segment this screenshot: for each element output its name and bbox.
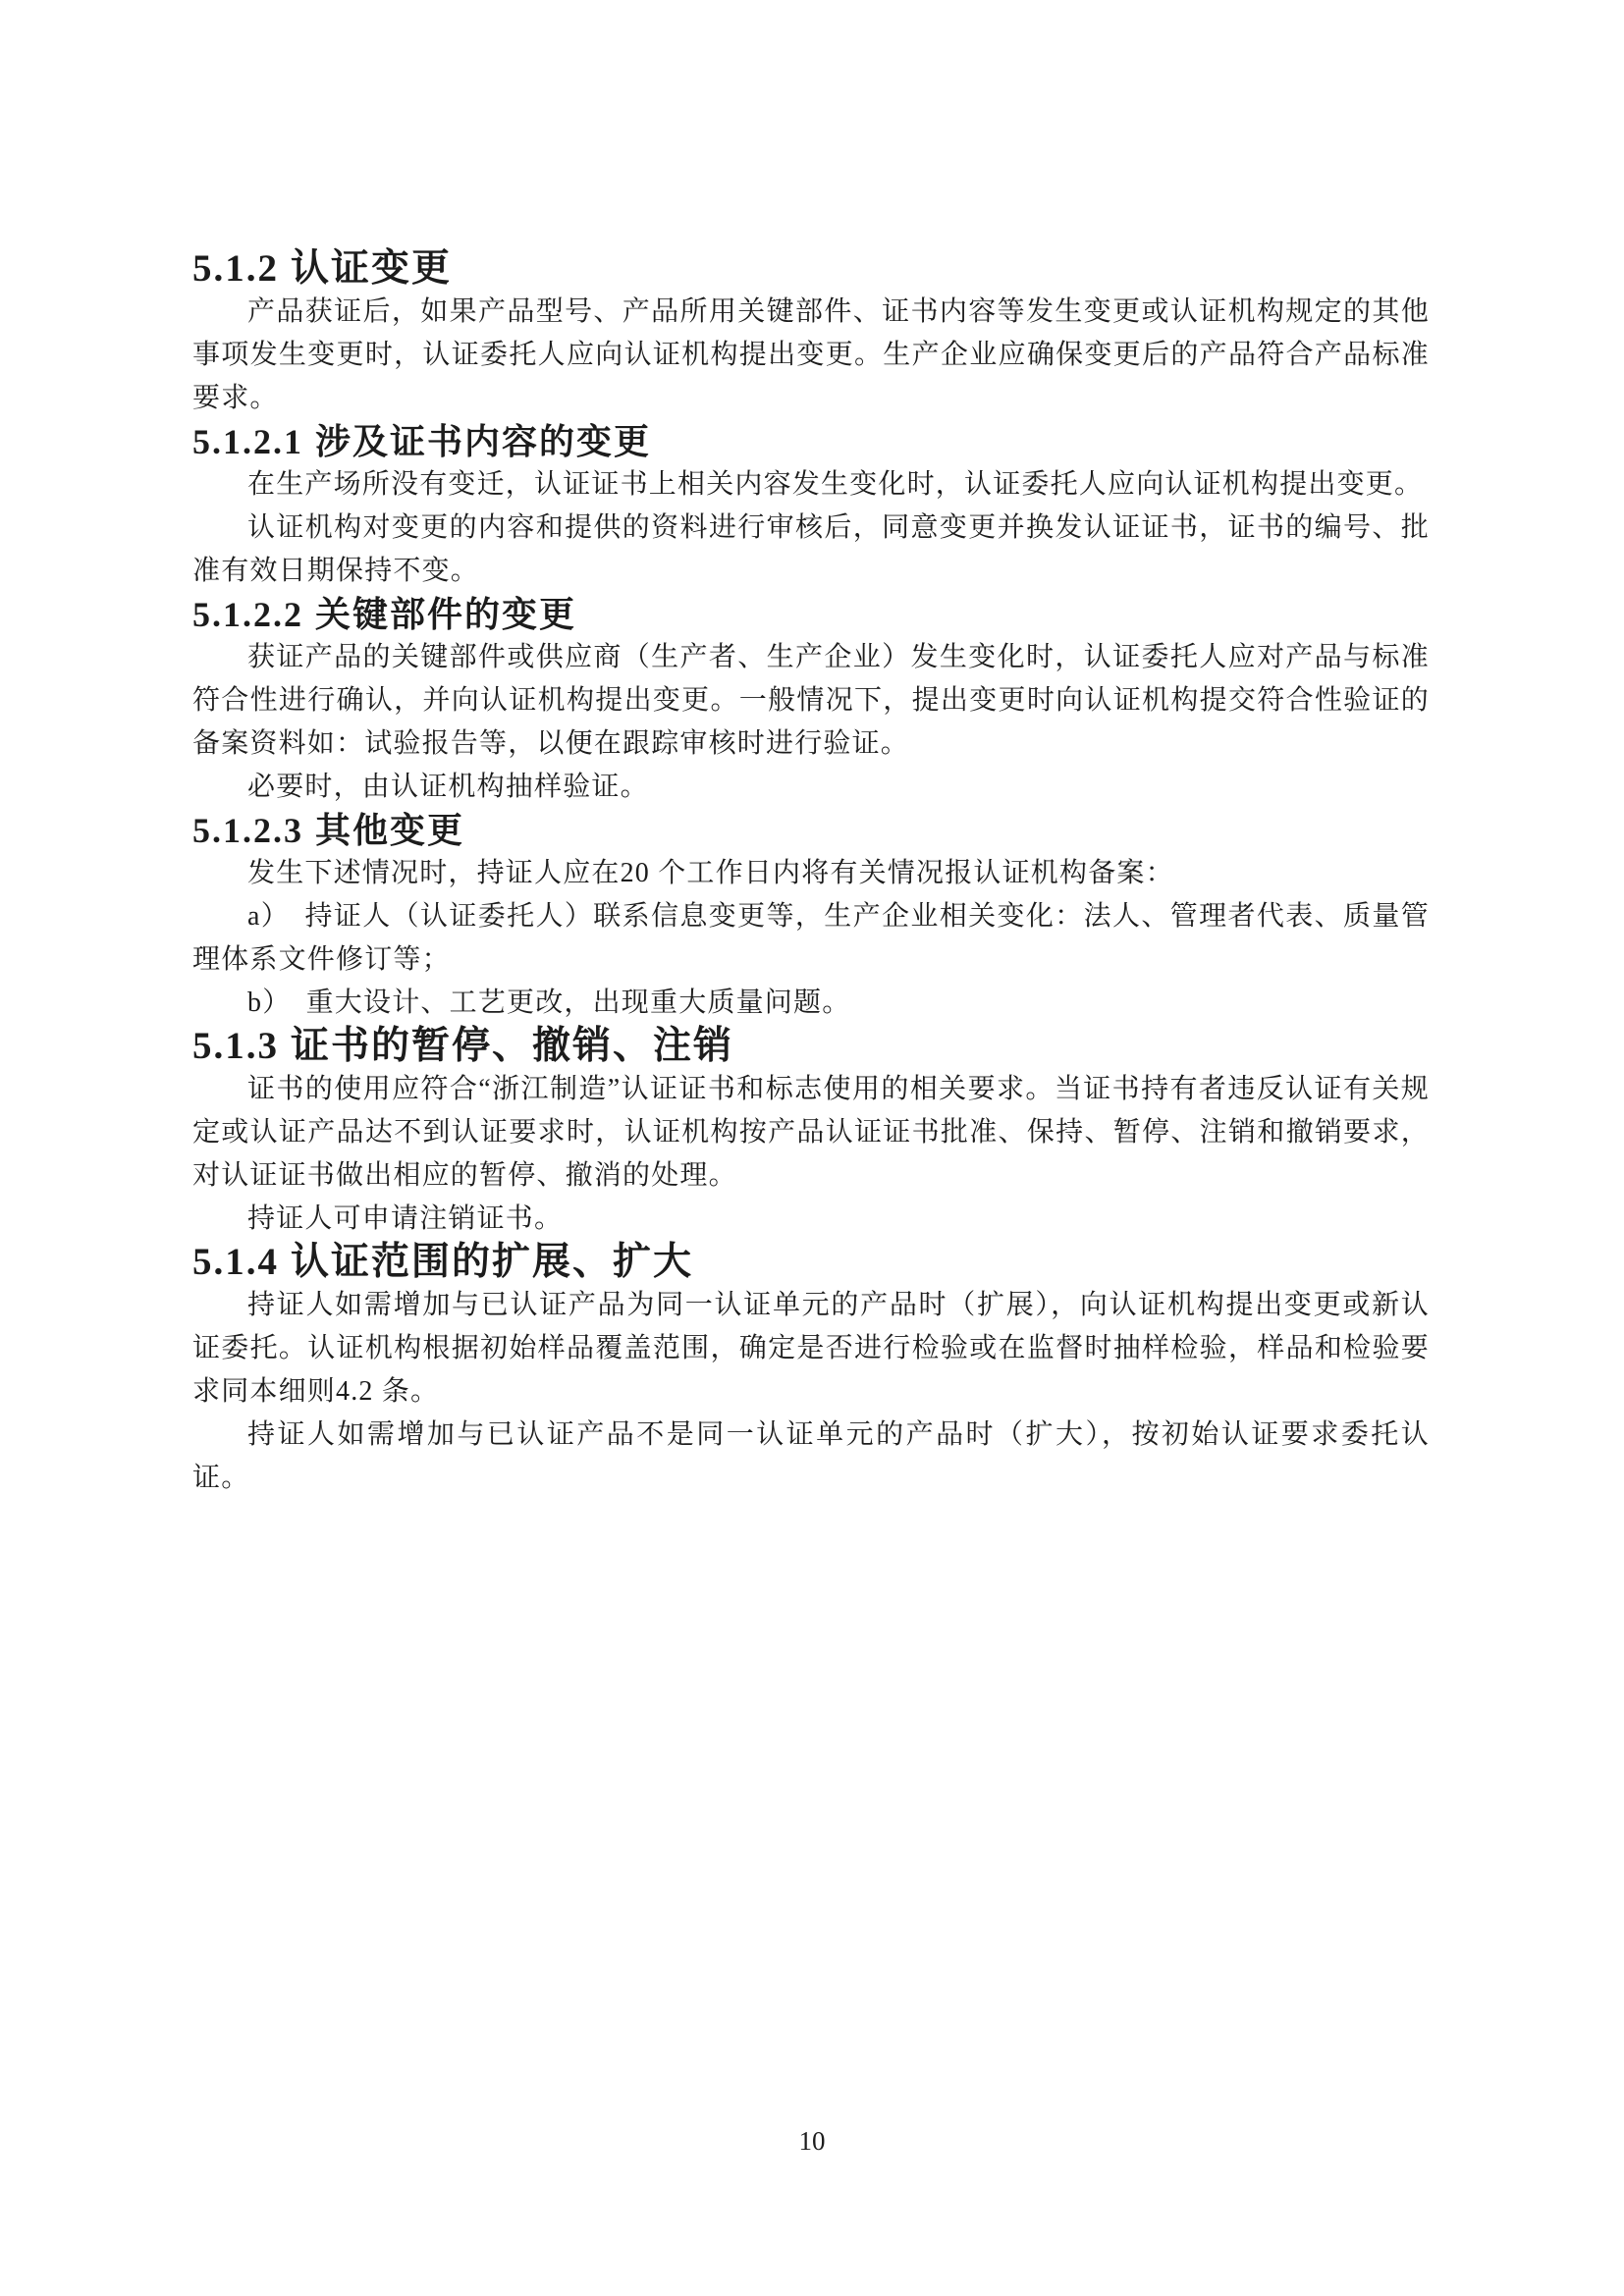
heading-number: 5.1.2.3 — [192, 811, 303, 850]
body-paragraph: 在生产场所没有变迁，认证证书上相关内容发生变化时，认证委托人应向认证机构提出变更… — [192, 463, 1430, 507]
heading-number: 5.1.4 — [192, 1241, 279, 1283]
section-5-1-4: 5.1.4认证范围的扩展、扩大 持证人如需增加与已认证产品为同一认证单元的产品时… — [192, 1241, 1430, 1500]
document-page: 5.1.2认证变更 产品获证后，如果产品型号、产品所用关键部件、证书内容等发生变… — [0, 0, 1624, 2296]
body-paragraph: 获证产品的关键部件或供应商（生产者、生产企业）发生变化时，认证委托人应对产品与标… — [192, 636, 1430, 766]
section-5-1-3: 5.1.3证书的暂停、撤销、注销 证书的使用应符合“浙江制造”认证证书和标志使用… — [192, 1025, 1430, 1241]
section-5-1-2-1: 5.1.2.1涉及证书内容的变更 在生产场所没有变迁，认证证书上相关内容发生变化… — [192, 420, 1430, 593]
section-5-1-2-2: 5.1.2.2关键部件的变更 获证产品的关键部件或供应商（生产者、生产企业）发生… — [192, 593, 1430, 809]
body-paragraph: 发生下述情况时，持证人应在20 个工作日内将有关情况报认证机构备案： — [192, 852, 1430, 895]
body-paragraph: 必要时，由认证机构抽样验证。 — [192, 766, 1430, 809]
heading-title: 涉及证书内容的变更 — [315, 421, 651, 461]
body-paragraph: 持证人如需增加与已认证产品为同一认证单元的产品时（扩展），向认证机构提出变更或新… — [192, 1284, 1430, 1414]
heading-5-1-2-1: 5.1.2.1涉及证书内容的变更 — [192, 420, 1430, 463]
body-paragraph: 认证机构对变更的内容和提供的资料进行审核后，同意变更并换发认证证书，证书的编号、… — [192, 507, 1430, 593]
heading-title: 认证范围的扩展、扩大 — [291, 1241, 693, 1283]
heading-title: 证书的暂停、撤销、注销 — [291, 1025, 733, 1067]
body-paragraph: 持证人可申请注销证书。 — [192, 1198, 1430, 1241]
list-item-a: a） 持证人（认证委托人）联系信息变更等，生产企业相关变化：法人、管理者代表、质… — [192, 895, 1430, 982]
section-5-1-2-3: 5.1.2.3其他变更 发生下述情况时，持证人应在20 个工作日内将有关情况报认… — [192, 809, 1430, 1025]
heading-5-1-2-3: 5.1.2.3其他变更 — [192, 809, 1430, 852]
heading-5-1-3: 5.1.3证书的暂停、撤销、注销 — [192, 1025, 1430, 1068]
heading-title: 关键部件的变更 — [315, 594, 576, 634]
heading-number: 5.1.2.1 — [192, 422, 303, 461]
body-paragraph: 证书的使用应符合“浙江制造”认证证书和标志使用的相关要求。当证书持有者违反认证有… — [192, 1068, 1430, 1198]
heading-title: 其他变更 — [315, 810, 464, 850]
body-paragraph: 持证人如需增加与已认证产品不是同一认证单元的产品时（扩大），按初始认证要求委托认… — [192, 1414, 1430, 1500]
section-5-1-2: 5.1.2认证变更 产品获证后，如果产品型号、产品所用关键部件、证书内容等发生变… — [192, 247, 1430, 420]
list-item-b: b） 重大设计、工艺更改，出现重大质量问题。 — [192, 982, 1430, 1025]
heading-number: 5.1.2.2 — [192, 595, 303, 634]
heading-number: 5.1.2 — [192, 247, 279, 290]
page-footer: 10 — [0, 2123, 1624, 2159]
heading-5-1-2: 5.1.2认证变更 — [192, 247, 1430, 291]
heading-5-1-2-2: 5.1.2.2关键部件的变更 — [192, 593, 1430, 636]
heading-title: 认证变更 — [291, 247, 452, 290]
page-number: 10 — [799, 2126, 826, 2156]
heading-number: 5.1.3 — [192, 1025, 279, 1067]
heading-5-1-4: 5.1.4认证范围的扩展、扩大 — [192, 1241, 1430, 1284]
body-paragraph: 产品获证后，如果产品型号、产品所用关键部件、证书内容等发生变更或认证机构规定的其… — [192, 291, 1430, 420]
